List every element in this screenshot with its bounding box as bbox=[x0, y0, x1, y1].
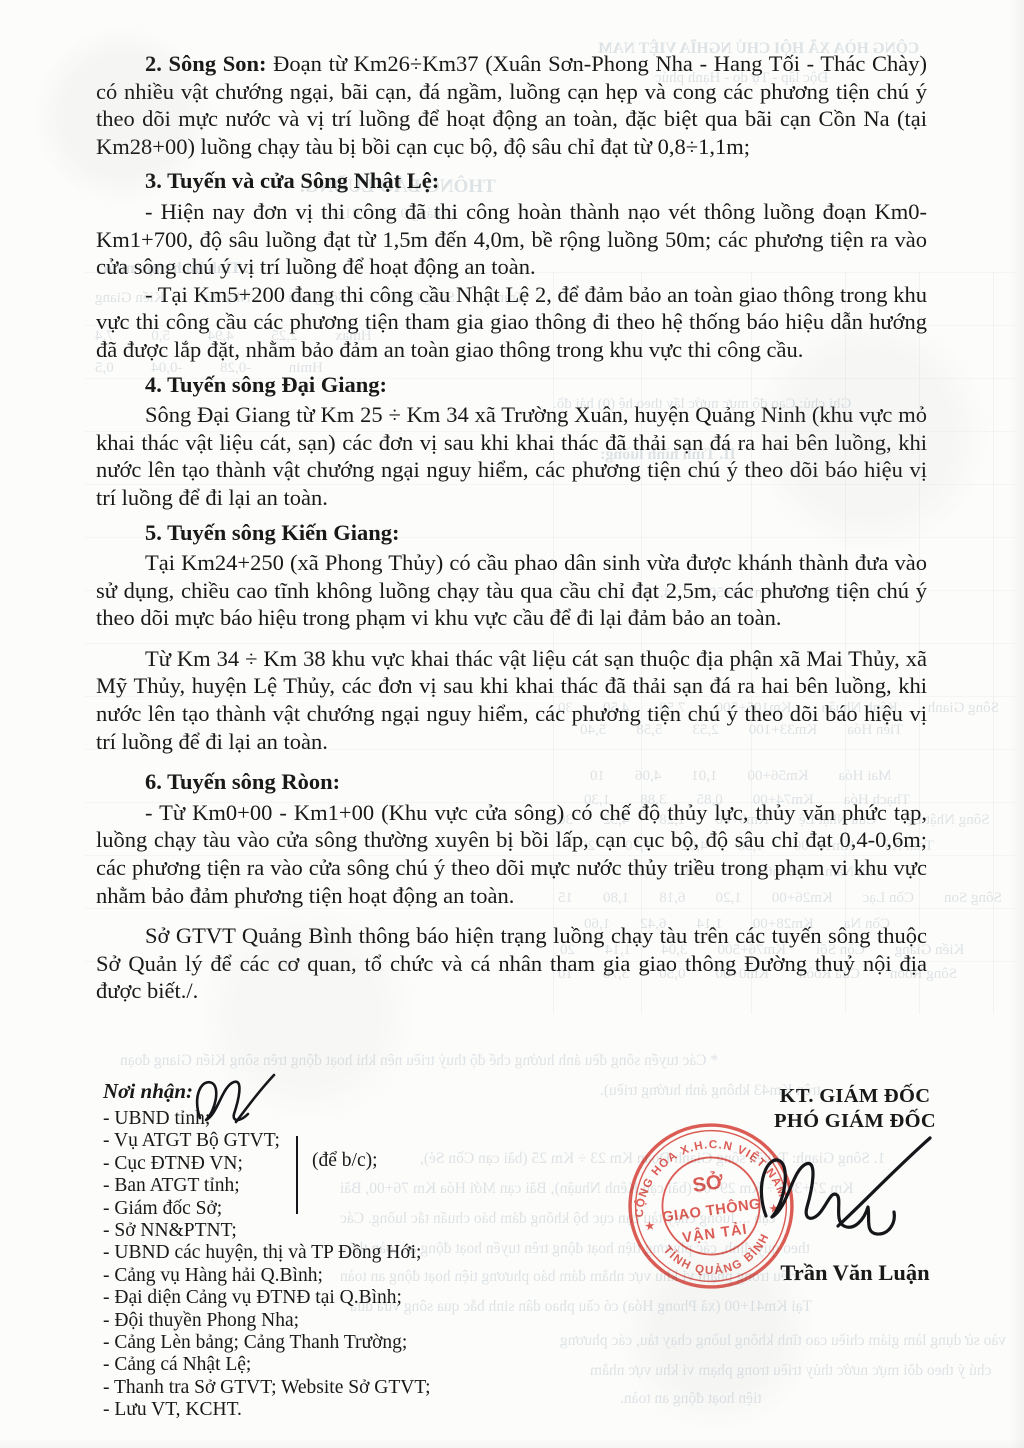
section-3-paragraph-2: - Tại Km5+200 đang thi công cầu Nhật Lệ … bbox=[96, 281, 927, 364]
section-2-heading: 2. Sông Son: bbox=[145, 51, 267, 76]
signature-loops bbox=[761, 1160, 894, 1234]
recipients-brace-line bbox=[296, 1136, 298, 1214]
stamp-center-line-1: SỞ bbox=[691, 1169, 726, 1197]
recipient-item: - UBND tỉnh; bbox=[103, 1108, 563, 1130]
stamp-center-line-3: VẬN TẢI bbox=[681, 1220, 749, 1247]
signature-flourish bbox=[838, 1138, 930, 1226]
recipient-item: - Cảng Lèn bảng; Cảng Thanh Trường; bbox=[103, 1332, 563, 1354]
section-4-heading: 4. Tuyến sông Đại Giang: bbox=[96, 371, 927, 399]
recipient-item: - Lưu VT, KCHT. bbox=[103, 1399, 563, 1421]
handwritten-initials bbox=[186, 1070, 282, 1132]
section-5-paragraph-1: Tại Km24+250 (xã Phong Thủy) có cầu phao… bbox=[96, 549, 927, 632]
recipient-item: - UBND các huyện, thị và TP Đồng Hới; bbox=[103, 1242, 563, 1264]
section-2-song-son: 2. Sông Son: Đoạn từ Km26÷Km37 (Xuân Sơn… bbox=[96, 50, 927, 160]
recipient-item: - Cảng cá Nhật Lệ; bbox=[103, 1354, 563, 1376]
handwritten-signature bbox=[742, 1132, 937, 1244]
signer-name: Trần Văn Luận bbox=[690, 1260, 1020, 1286]
recipient-item: - Đại diện Cảng vụ ĐTNĐ tại Q.Bình; bbox=[103, 1287, 563, 1309]
bc-note: (để b/c); bbox=[312, 1150, 378, 1172]
scanned-document-page: CỘNG HÒA XÃ HỘI CHỦ NGHĨA VIỆT NAM Độc l… bbox=[0, 0, 1024, 1448]
recipients-label: Nơi nhận: bbox=[103, 1079, 563, 1104]
section-3-paragraph-1: - Hiện nay đơn vị thi công đã thi công h… bbox=[96, 198, 927, 281]
bleedthrough-line: * Các tuyến sông đều ảnh hưởng chế độ th… bbox=[120, 1052, 718, 1070]
section-4-paragraph-1: Sông Đại Giang từ Km 25 ÷ Km 34 xã Trườn… bbox=[96, 401, 927, 511]
recipient-item: - Đội thuyền Phong Nha; bbox=[103, 1310, 563, 1332]
signer-title-1: KT. GIÁM ĐỐC bbox=[690, 1084, 1020, 1109]
bleedthrough-line: vào sử dụng làm giảm chiều cao tĩnh khôn… bbox=[560, 1332, 1006, 1350]
recipients-block: Nơi nhận: - UBND tỉnh; - Vụ ATGT Bộ GTVT… bbox=[103, 1079, 563, 1422]
recipient-item: - Ban ATGT tỉnh; bbox=[103, 1175, 563, 1197]
recipient-item: - Cảng vụ Hàng hải Q.Bình; bbox=[103, 1265, 563, 1287]
bleedthrough-line: chú ý theo dõi mực nước thủy triều trong… bbox=[590, 1362, 991, 1380]
document-body: 2. Sông Son: Đoạn từ Km26÷Km37 (Xuân Sơn… bbox=[96, 50, 927, 1005]
bleedthrough-line: tiện hoạt động an toàn. bbox=[620, 1390, 762, 1408]
section-5-paragraph-2: Từ Km 34 ÷ Km 38 khu vực khai thác vật l… bbox=[96, 645, 927, 755]
stamp-star-left-icon: ★ bbox=[643, 1218, 656, 1233]
section-6-heading: 6. Tuyến sông Ròon: bbox=[96, 768, 927, 796]
section-6-paragraph-1: - Từ Km0+00 - Km1+00 (Khu vực cửa sông) … bbox=[96, 799, 927, 909]
recipient-item: - Sở NN&PTNT; bbox=[103, 1220, 563, 1242]
section-3-heading: 3. Tuyến và cửa Sông Nhật Lệ: bbox=[96, 167, 927, 195]
recipient-item: - Thanh tra Sở GTVT; Website Sở GTVT; bbox=[103, 1377, 563, 1399]
closing-paragraph: Sở GTVT Quảng Bình thông báo hiện trạng … bbox=[96, 922, 927, 1005]
recipient-item: - Giám đốc Sở; bbox=[103, 1198, 563, 1220]
initials-flourish bbox=[236, 1075, 274, 1122]
section-5-heading: 5. Tuyến sông Kiến Giang: bbox=[96, 519, 927, 547]
